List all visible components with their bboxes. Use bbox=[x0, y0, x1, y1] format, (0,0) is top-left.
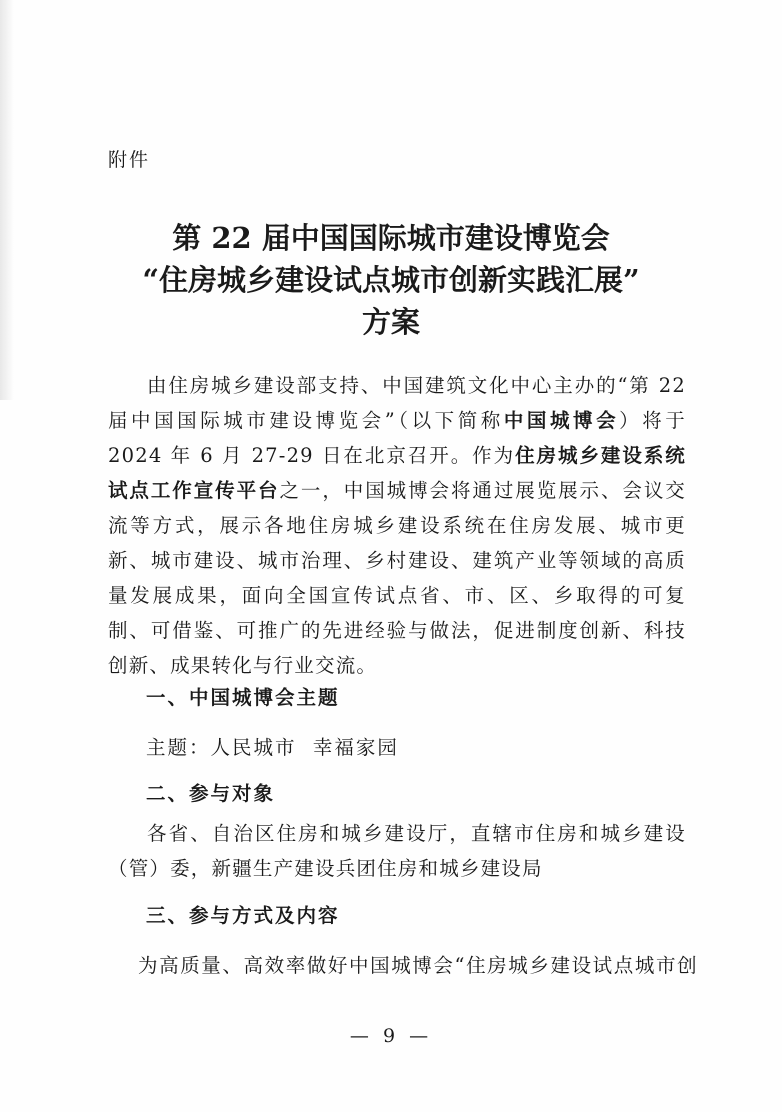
title-line-1: 第 22 届中国国际城市建设博览会 bbox=[0, 216, 782, 257]
title-line-3: 方案 bbox=[0, 300, 782, 341]
document-page: 附件 第 22 届中国国际城市建设博览会 “住房城乡建设试点城市创新实践汇展” … bbox=[0, 0, 782, 1112]
section-body-theme: 主题：人民城市 幸福家园 bbox=[146, 732, 399, 760]
title-line-2: “住房城乡建设试点城市创新实践汇展” bbox=[0, 258, 782, 299]
section-heading-method: 三、参与方式及内容 bbox=[146, 900, 340, 928]
page-number: — 9 — bbox=[0, 1025, 782, 1047]
section-body-method: 为高质量、高效率做好中国城博会“住房城乡建设试点城市创 bbox=[138, 950, 698, 978]
section-body-participants: 各省、自治区住房和城乡建设厅，直辖市住房和城乡建设（管）委，新疆生产建设兵团住房… bbox=[108, 816, 686, 886]
section-heading-theme: 一、中国城博会主题 bbox=[146, 682, 340, 710]
intro-paragraph: 由住房城乡建设部支持、中国建筑文化中心主办的“第 22 届中国国际城市建设博览会… bbox=[108, 368, 686, 683]
intro-bold-1: 中国城博会 bbox=[504, 409, 619, 432]
attachment-label: 附件 bbox=[108, 145, 150, 172]
section-heading-participants: 二、参与对象 bbox=[146, 778, 275, 806]
intro-text-3: 之一，中国城博会将通过展览展示、会议交流等方式，展示各地住房城乡建设系统在住房发… bbox=[108, 479, 686, 677]
